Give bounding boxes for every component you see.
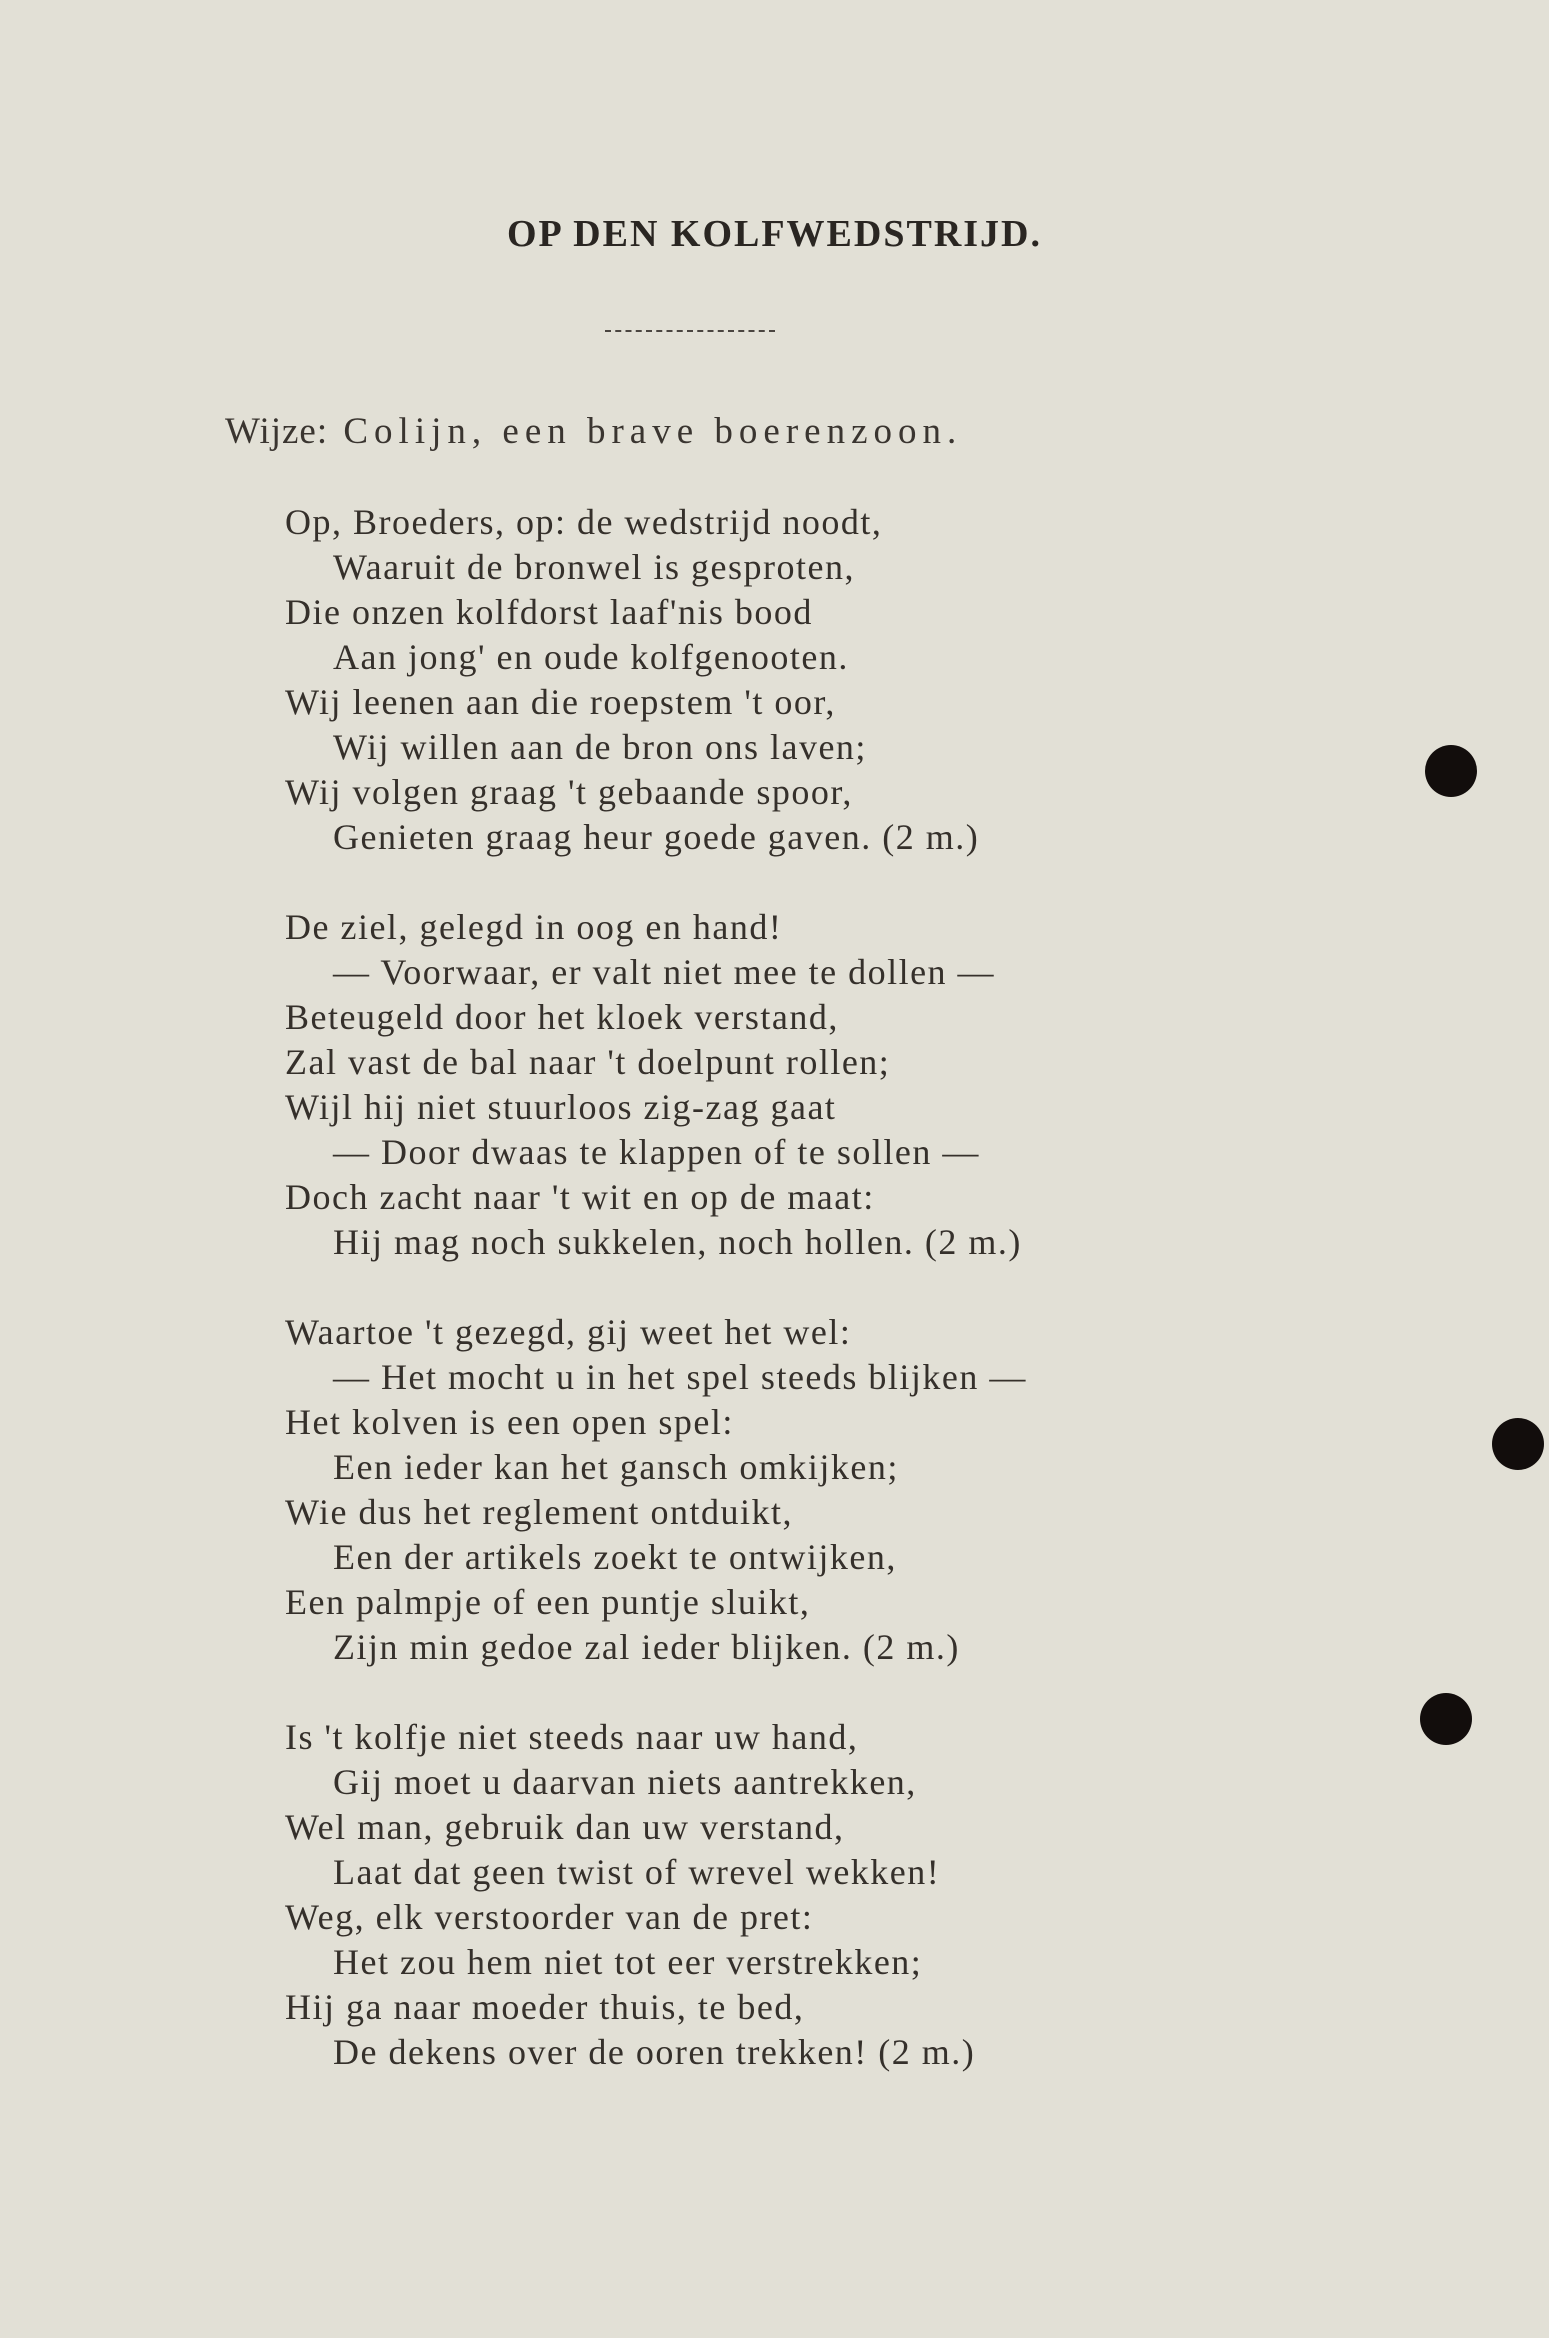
tune-indication: Wijze: Colijn, een brave boerenzoon. bbox=[225, 410, 962, 453]
stanza-4: Is 't kolfje niet steeds naar uw hand, G… bbox=[285, 1715, 1285, 2075]
verse-line: Het kolven is een open spel: bbox=[285, 1400, 1285, 1445]
verse-line: Een der artikels zoekt te ontwijken, bbox=[285, 1535, 1285, 1580]
verse-line: Een ieder kan het gansch omkijken; bbox=[285, 1445, 1285, 1490]
verse-line: Wijl hij niet stuurloos zig-zag gaat bbox=[285, 1085, 1285, 1130]
verse-line: Een palmpje of een puntje sluikt, bbox=[285, 1580, 1285, 1625]
verse-line: Hij ga naar moeder thuis, te bed, bbox=[285, 1985, 1285, 2030]
verse-line: Op, Broeders, op: de wedstrijd noodt, bbox=[285, 500, 1285, 545]
punch-hole-icon bbox=[1425, 745, 1477, 797]
tune-name: Colijn, een brave boerenzoon. bbox=[343, 411, 962, 452]
verse-line: Waaruit de bronwel is gesproten, bbox=[285, 545, 1285, 590]
punch-hole-icon bbox=[1420, 1693, 1472, 1745]
verse-line: — Het mocht u in het spel steeds blijken… bbox=[285, 1355, 1285, 1400]
stanza-3: Waartoe 't gezegd, gij weet het wel: — H… bbox=[285, 1310, 1285, 1670]
verse-line: Hij mag noch sukkelen, noch hollen. (2 m… bbox=[285, 1220, 1285, 1265]
verse-line: Doch zacht naar 't wit en op de maat: bbox=[285, 1175, 1285, 1220]
verse-line: Wij willen aan de bron ons laven; bbox=[285, 725, 1285, 770]
verse-line: Beteugeld door het kloek verstand, bbox=[285, 995, 1285, 1040]
stanza-2: De ziel, gelegd in oog en hand! — Voorwa… bbox=[285, 905, 1285, 1265]
verse-line: Wij leenen aan die roepstem 't oor, bbox=[285, 680, 1285, 725]
verse-line: Is 't kolfje niet steeds naar uw hand, bbox=[285, 1715, 1285, 1760]
verse-line: Het zou hem niet tot eer verstrekken; bbox=[285, 1940, 1285, 1985]
verse-line: — Voorwaar, er valt niet mee te dollen — bbox=[285, 950, 1285, 995]
verse-line: Zijn min gedoe zal ieder blijken. (2 m.) bbox=[285, 1625, 1285, 1670]
verse-line: Die onzen kolfdorst laaf'nis bood bbox=[285, 590, 1285, 635]
verse-line: Wel man, gebruik dan uw verstand, bbox=[285, 1805, 1285, 1850]
stanza-1: Op, Broeders, op: de wedstrijd noodt, Wa… bbox=[285, 500, 1285, 860]
verse-line: Aan jong' en oude kolfgenooten. bbox=[285, 635, 1285, 680]
verse-line: De dekens over de ooren trekken! (2 m.) bbox=[285, 2030, 1285, 2075]
tune-label: Wijze: bbox=[225, 411, 328, 452]
verse-line: Waartoe 't gezegd, gij weet het wel: bbox=[285, 1310, 1285, 1355]
verse-line: De ziel, gelegd in oog en hand! bbox=[285, 905, 1285, 950]
title-separator bbox=[605, 330, 775, 332]
verse-line: Zal vast de bal naar 't doelpunt rollen; bbox=[285, 1040, 1285, 1085]
verse-line: Gij moet u daarvan niets aantrekken, bbox=[285, 1760, 1285, 1805]
verse-line: Wie dus het reglement ontduikt, bbox=[285, 1490, 1285, 1535]
verse-line: Weg, elk verstoorder van de pret: bbox=[285, 1895, 1285, 1940]
verse-line: Wij volgen graag 't gebaande spoor, bbox=[285, 770, 1285, 815]
verse-line: Genieten graag heur goede gaven. (2 m.) bbox=[285, 815, 1285, 860]
punch-hole-icon bbox=[1492, 1418, 1544, 1470]
poem-body: Op, Broeders, op: de wedstrijd noodt, Wa… bbox=[285, 500, 1285, 2120]
verse-line: Laat dat geen twist of wrevel wekken! bbox=[285, 1850, 1285, 1895]
poem-title: OP DEN KOLFWEDSTRIJD. bbox=[0, 212, 1549, 256]
verse-line: — Door dwaas te klappen of te sollen — bbox=[285, 1130, 1285, 1175]
